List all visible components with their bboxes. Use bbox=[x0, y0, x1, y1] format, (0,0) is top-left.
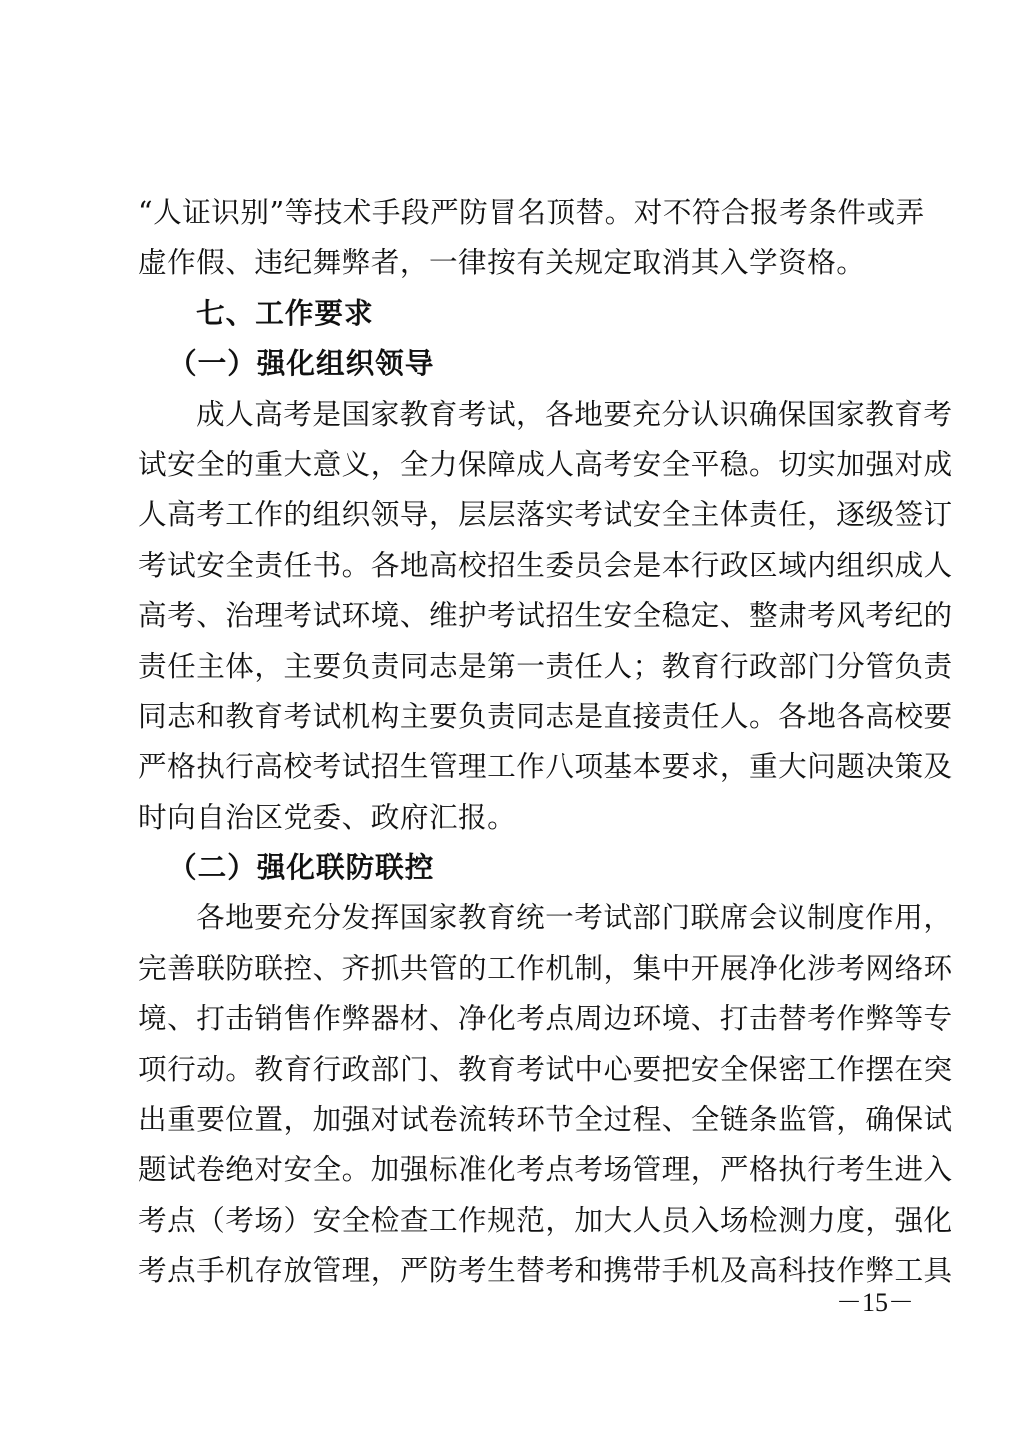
body-text-line: 考试安全责任书。各地高校招生委员会是本行政区域内组织成人 bbox=[138, 540, 896, 590]
body-text-line: 成人高考是国家教育考试，各地要充分认识确保国家教育考 bbox=[138, 389, 896, 439]
body-text-line: 责任主体，主要负责同志是第一责任人；教育行政部门分管负责 bbox=[138, 641, 896, 691]
body-text-line: 人高考工作的组织领导，层层落实考试安全主体责任，逐级签订 bbox=[138, 489, 896, 539]
body-text-line: 题试卷绝对安全。加强标准化考点考场管理，严格执行考生进入 bbox=[138, 1144, 896, 1194]
body-text-line: 严格执行高校考试招生管理工作八项基本要求，重大问题决策及 bbox=[138, 741, 896, 791]
body-text-line: 出重要位置，加强对试卷流转环节全过程、全链条监管，确保试 bbox=[138, 1094, 896, 1144]
body-text-line: 项行动。教育行政部门、教育考试中心要把安全保密工作摆在突 bbox=[138, 1044, 896, 1094]
body-text-line: 考点手机存放管理，严防考生替考和携带手机及高科技作弊工具 bbox=[138, 1245, 896, 1295]
section-heading: 七、工作要求 bbox=[138, 288, 896, 338]
subsection-heading: （二）强化联防联控 bbox=[138, 842, 896, 892]
body-text-line: 试安全的重大意义，全力保障成人高考安全平稳。切实加强对成 bbox=[138, 439, 896, 489]
body-text-line: 完善联防联控、齐抓共管的工作机制，集中开展净化涉考网络环 bbox=[138, 943, 896, 993]
page-number: －15－ bbox=[836, 1282, 914, 1319]
subsection-heading: （一）强化组织领导 bbox=[138, 338, 896, 388]
body-text-line: 高考、治理考试环境、维护考试招生安全稳定、整肃考风考纪的 bbox=[138, 590, 896, 640]
body-text-line: 虚作假、违纪舞弊者，一律按有关规定取消其入学资格。 bbox=[138, 237, 896, 287]
body-text-line: 考点（考场）安全检查工作规范，加大人员入场检测力度，强化 bbox=[138, 1195, 896, 1245]
body-text-line: “人证识别”等技术手段严防冒名顶替。对不符合报考条件或弄 bbox=[138, 187, 896, 237]
body-text-line: 各地要充分发挥国家教育统一考试部门联席会议制度作用， bbox=[138, 892, 896, 942]
body-text-line: 时向自治区党委、政府汇报。 bbox=[138, 792, 896, 842]
body-text-line: 境、打击销售作弊器材、净化考点周边环境、打击替考作弊等专 bbox=[138, 993, 896, 1043]
document-page: “人证识别”等技术手段严防冒名顶替。对不符合报考条件或弄 虚作假、违纪舞弊者，一… bbox=[138, 187, 896, 1296]
body-text-line: 同志和教育考试机构主要负责同志是直接责任人。各地各高校要 bbox=[138, 691, 896, 741]
